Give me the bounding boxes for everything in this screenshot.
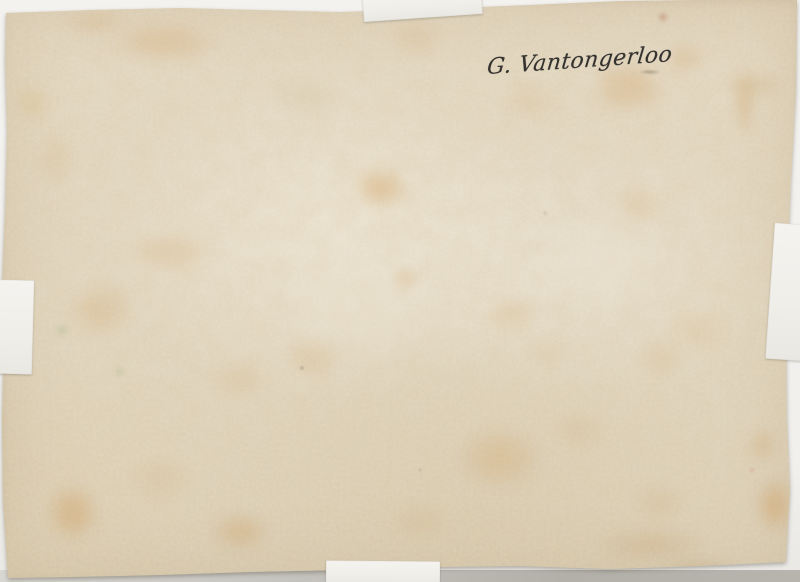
paper-stain bbox=[731, 57, 759, 153]
paper-stain bbox=[39, 475, 107, 551]
paper-stain bbox=[580, 523, 720, 567]
paper-stain bbox=[52, 322, 72, 338]
paper-sheet-wrap: G. Vantongerloo bbox=[0, 0, 800, 582]
paper-stain bbox=[650, 556, 750, 580]
paper-stain bbox=[50, 4, 140, 40]
paper-stain bbox=[299, 366, 305, 370]
paper-stain bbox=[11, 77, 55, 129]
paper-stain bbox=[490, 74, 570, 126]
paper-stain bbox=[345, 160, 417, 216]
paper-stain bbox=[540, 402, 620, 458]
paper-stain bbox=[202, 506, 278, 558]
paper-stain bbox=[240, 210, 480, 390]
paper-stain bbox=[118, 226, 222, 278]
paper-stain bbox=[380, 498, 460, 546]
paper-stain bbox=[600, 179, 680, 231]
paper-stain bbox=[95, 16, 235, 68]
paper-stain bbox=[27, 126, 83, 194]
paper-sheet: G. Vantongerloo bbox=[0, 0, 800, 582]
paper-stain bbox=[708, 70, 796, 102]
paper-stain bbox=[476, 291, 544, 339]
paper-stain bbox=[277, 332, 349, 384]
artwork-photo: G. Vantongerloo bbox=[0, 0, 800, 582]
paper-stain bbox=[56, 274, 144, 346]
artist-signature: G. Vantongerloo bbox=[486, 41, 688, 80]
paper-stain bbox=[200, 352, 280, 404]
tape-bottom bbox=[326, 561, 440, 582]
tape-left bbox=[0, 280, 34, 375]
paper-stain bbox=[636, 70, 664, 74]
paper-stain bbox=[748, 466, 756, 474]
paper-stain bbox=[626, 479, 694, 527]
paper-stain bbox=[500, 190, 700, 330]
paper-stain bbox=[543, 211, 547, 215]
paper-stain bbox=[749, 469, 800, 541]
paper-stain bbox=[657, 11, 669, 23]
paper-stain bbox=[120, 450, 200, 510]
paper-stain bbox=[418, 468, 422, 472]
paper-stain bbox=[261, 72, 353, 124]
paper-stain bbox=[744, 421, 780, 469]
paper-stain bbox=[660, 302, 740, 358]
paper-stain bbox=[381, 14, 449, 62]
paper-stain bbox=[387, 266, 423, 294]
paper-texture bbox=[0, 0, 800, 582]
paper-stain bbox=[444, 418, 556, 498]
paper-stain bbox=[112, 366, 128, 378]
paper-stain bbox=[630, 333, 690, 381]
paper-stain bbox=[520, 332, 580, 372]
